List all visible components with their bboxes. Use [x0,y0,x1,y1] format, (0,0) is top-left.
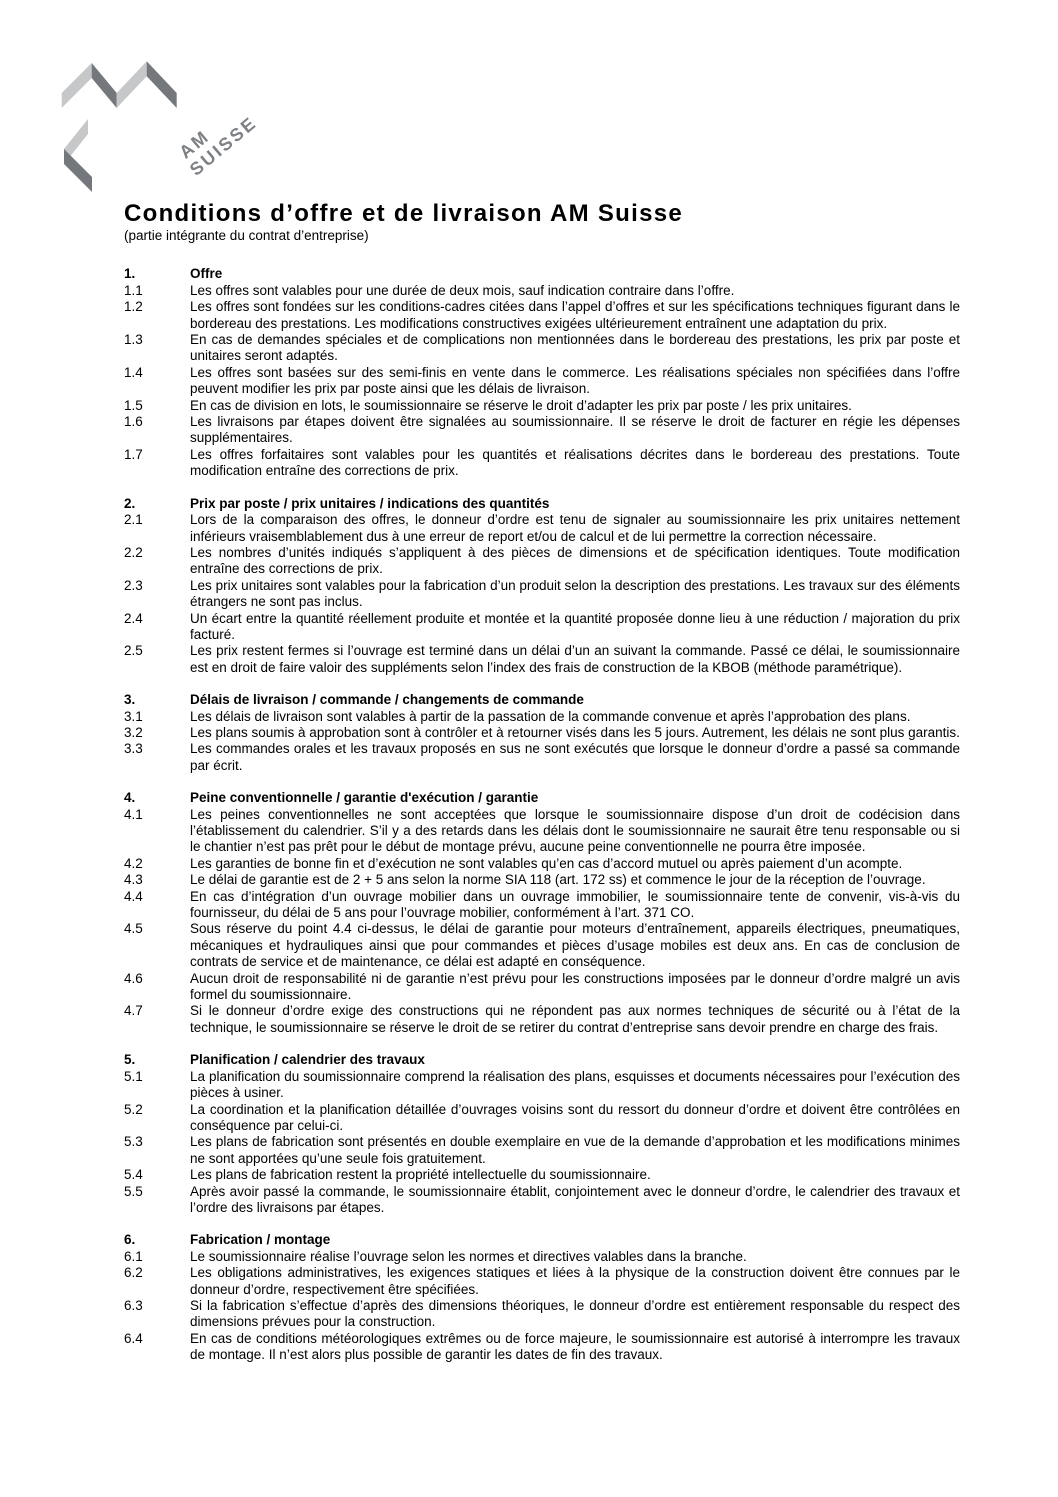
clause-number: 5.4 [124,1167,190,1183]
clause-text: En cas de division en lots, le soumissio… [190,398,960,414]
section-heading-row: 3. Délais de livraison / commande / chan… [124,692,960,708]
clause-text: Si la fabrication s’effectue d’après des… [190,1298,960,1331]
section-number: 1. [124,266,190,282]
clause-row: 3.2Les plans soumis à approbation sont à… [124,725,960,741]
clause-number: 6.3 [124,1298,190,1314]
clause-number: 6.4 [124,1331,190,1347]
clause-row: 1.7Les offres forfaitaires sont valables… [124,447,960,480]
clause-row: 1.4Les offres sont basées sur des semi-f… [124,365,960,398]
section-title: Peine conventionnelle / garantie d'exécu… [190,790,960,806]
clause-text: Les offres forfaitaires sont valables po… [190,447,960,480]
clause-text: La planification du soumissionnaire comp… [190,1069,960,1102]
clause-number: 1.7 [124,447,190,463]
logo-mark-icon [55,55,195,195]
logo-ribbon-segment [147,61,177,108]
document-page: AM SUISSE Conditions d’offre et de livra… [0,0,1058,1497]
clause-row: 1.6Les livraisons par étapes doivent êtr… [124,414,960,447]
clause-text: Les plans de fabrication sont présentés … [190,1134,960,1167]
clause-number: 1.2 [124,299,190,315]
clause-row: 2.4Un écart entre la quantité réellement… [124,611,960,644]
clause-row: 1.5En cas de division en lots, le soumis… [124,398,960,414]
clause-number: 1.6 [124,414,190,430]
section-title: Prix par poste / prix unitaires / indica… [190,496,960,512]
section-title: Planification / calendrier des travaux [190,1052,960,1068]
clause-number: 1.3 [124,332,190,348]
clause-row: 3.1Les délais de livraison sont valables… [124,709,960,725]
clause-text: Les nombres d’unités indiqués s’applique… [190,545,960,578]
section-prix: 2. Prix par poste / prix unitaires / ind… [124,496,960,676]
clause-text: En cas de demandes spéciales et de compl… [190,332,960,365]
section-delais: 3. Délais de livraison / commande / chan… [124,692,960,774]
section-fabrication: 6. Fabrication / montage 6.1Le soumissio… [124,1232,960,1363]
clause-number: 4.1 [124,807,190,823]
clause-row: 2.2Les nombres d’unités indiqués s’appli… [124,545,960,578]
clause-text: Le délai de garantie est de 2 + 5 ans se… [190,872,960,888]
clause-row: 6.1Le soumissionnaire réalise l’ouvrage … [124,1249,960,1265]
clause-number: 2.3 [124,578,190,594]
section-heading-row: 2. Prix par poste / prix unitaires / ind… [124,496,960,512]
section-heading-row: 5. Planification / calendrier des travau… [124,1052,960,1068]
section-planification: 5. Planification / calendrier des travau… [124,1052,960,1216]
clause-text: Un écart entre la quantité réellement pr… [190,611,960,644]
clause-row: 6.4En cas de conditions météorologiques … [124,1331,960,1364]
section-number: 2. [124,496,190,512]
clause-text: Les livraisons par étapes doivent être s… [190,414,960,447]
clause-number: 6.2 [124,1265,190,1281]
clause-text: Aucun droit de responsabilité ni de gara… [190,971,960,1004]
clause-number: 4.6 [124,971,190,987]
clause-row: 2.5Les prix restent fermes si l’ouvrage … [124,643,960,676]
clause-text: Les garanties de bonne fin et d’exécutio… [190,856,960,872]
clause-number: 2.1 [124,512,190,528]
clause-text: Après avoir passé la commande, le soumis… [190,1184,960,1217]
clause-row: 6.3Si la fabrication s’effectue d’après … [124,1298,960,1331]
clause-text: Si le donneur d’ordre exige des construc… [190,1003,960,1036]
section-title: Délais de livraison / commande / changem… [190,692,960,708]
am-suisse-logo: AM SUISSE [55,55,365,215]
clause-number: 4.3 [124,872,190,888]
clause-row: 4.3Le délai de garantie est de 2 + 5 ans… [124,872,960,888]
clause-row: 3.3Les commandes orales et les travaux p… [124,741,960,774]
logo-ribbon-segment [62,63,92,108]
clause-text: Lors de la comparaison des offres, le do… [190,512,960,545]
clause-row: 1.1Les offres sont valables pour une dur… [124,283,960,299]
clause-number: 3.2 [124,725,190,741]
clause-text: En cas de conditions météorologiques ext… [190,1331,960,1364]
section-title: Offre [190,266,960,282]
page-subtitle: (partie intégrante du contrat d’entrepri… [124,228,960,244]
logo-chevron-segment [64,149,92,192]
clause-text: Les plans de fabrication restent la prop… [190,1167,960,1183]
clause-text: Les offres sont valables pour une durée … [190,283,960,299]
clause-row: 4.6Aucun droit de responsabilité ni de g… [124,971,960,1004]
clause-row: 4.2Les garanties de bonne fin et d’exécu… [124,856,960,872]
logo-ribbon-segment [92,63,117,108]
clause-number: 2.5 [124,643,190,659]
section-heading-row: 6. Fabrication / montage [124,1232,960,1248]
clause-text: Les peines conventionnelles ne sont acce… [190,807,960,856]
section-number: 5. [124,1052,190,1068]
document-body: Conditions d’offre et de livraison AM Su… [124,200,960,1364]
page-title: Conditions d’offre et de livraison AM Su… [124,200,960,228]
clause-text: Les offres sont basées sur des semi-fini… [190,365,960,398]
clause-text: Les prix unitaires sont valables pour la… [190,578,960,611]
clause-number: 5.3 [124,1134,190,1150]
clause-row: 2.1Lors de la comparaison des offres, le… [124,512,960,545]
clause-row: 4.1Les peines conventionnelles ne sont a… [124,807,960,856]
clause-row: 5.1La planification du soumissionnaire c… [124,1069,960,1102]
section-offre: 1. Offre 1.1Les offres sont valables pou… [124,266,960,479]
clause-row: 2.3Les prix unitaires sont valables pour… [124,578,960,611]
clause-number: 4.4 [124,889,190,905]
clause-text: En cas d’intégration d’un ouvrage mobili… [190,889,960,922]
clause-text: Sous réserve du point 4.4 ci-dessus, le … [190,921,960,970]
clause-row: 5.3Les plans de fabrication sont présent… [124,1134,960,1167]
clause-text: Les délais de livraison sont valables à … [190,709,960,725]
clause-number: 2.4 [124,611,190,627]
section-number: 6. [124,1232,190,1248]
clause-text: Les obligations administratives, les exi… [190,1265,960,1298]
clause-number: 1.5 [124,398,190,414]
clause-number: 5.1 [124,1069,190,1085]
clause-row: 4.7Si le donneur d’ordre exige des const… [124,1003,960,1036]
clause-number: 3.1 [124,709,190,725]
clause-number: 1.1 [124,283,190,299]
clause-text: Les prix restent fermes si l’ouvrage est… [190,643,960,676]
clause-number: 4.5 [124,921,190,937]
clause-number: 5.2 [124,1102,190,1118]
clause-number: 1.4 [124,365,190,381]
clause-row: 5.5Après avoir passé la commande, le sou… [124,1184,960,1217]
section-number: 4. [124,790,190,806]
clause-number: 4.7 [124,1003,190,1019]
logo-ribbon-segment [117,61,147,108]
clause-number: 2.2 [124,545,190,561]
clause-number: 5.5 [124,1184,190,1200]
clause-row: 4.5Sous réserve du point 4.4 ci-dessus, … [124,921,960,970]
clause-row: 4.4En cas d’intégration d’un ouvrage mob… [124,889,960,922]
clause-text: Les offres sont fondées sur les conditio… [190,299,960,332]
clause-row: 1.2Les offres sont fondées sur les condi… [124,299,960,332]
section-title: Fabrication / montage [190,1232,960,1248]
clause-text: La coordination et la planification déta… [190,1102,960,1135]
section-heading-row: 1. Offre [124,266,960,282]
section-peine: 4. Peine conventionnelle / garantie d'ex… [124,790,960,1036]
clause-row: 6.2Les obligations administratives, les … [124,1265,960,1298]
clause-row: 5.4Les plans de fabrication restent la p… [124,1167,960,1183]
clause-row: 1.3En cas de demandes spéciales et de co… [124,332,960,365]
section-heading-row: 4. Peine conventionnelle / garantie d'ex… [124,790,960,806]
section-number: 3. [124,692,190,708]
clause-text: Les commandes orales et les travaux prop… [190,741,960,774]
clause-text: Le soumissionnaire réalise l’ouvrage sel… [190,1249,960,1265]
clause-row: 5.2La coordination et la planification d… [124,1102,960,1135]
clause-number: 4.2 [124,856,190,872]
clause-text: Les plans soumis à approbation sont à co… [190,725,960,741]
clause-number: 6.1 [124,1249,190,1265]
clause-number: 3.3 [124,741,190,757]
